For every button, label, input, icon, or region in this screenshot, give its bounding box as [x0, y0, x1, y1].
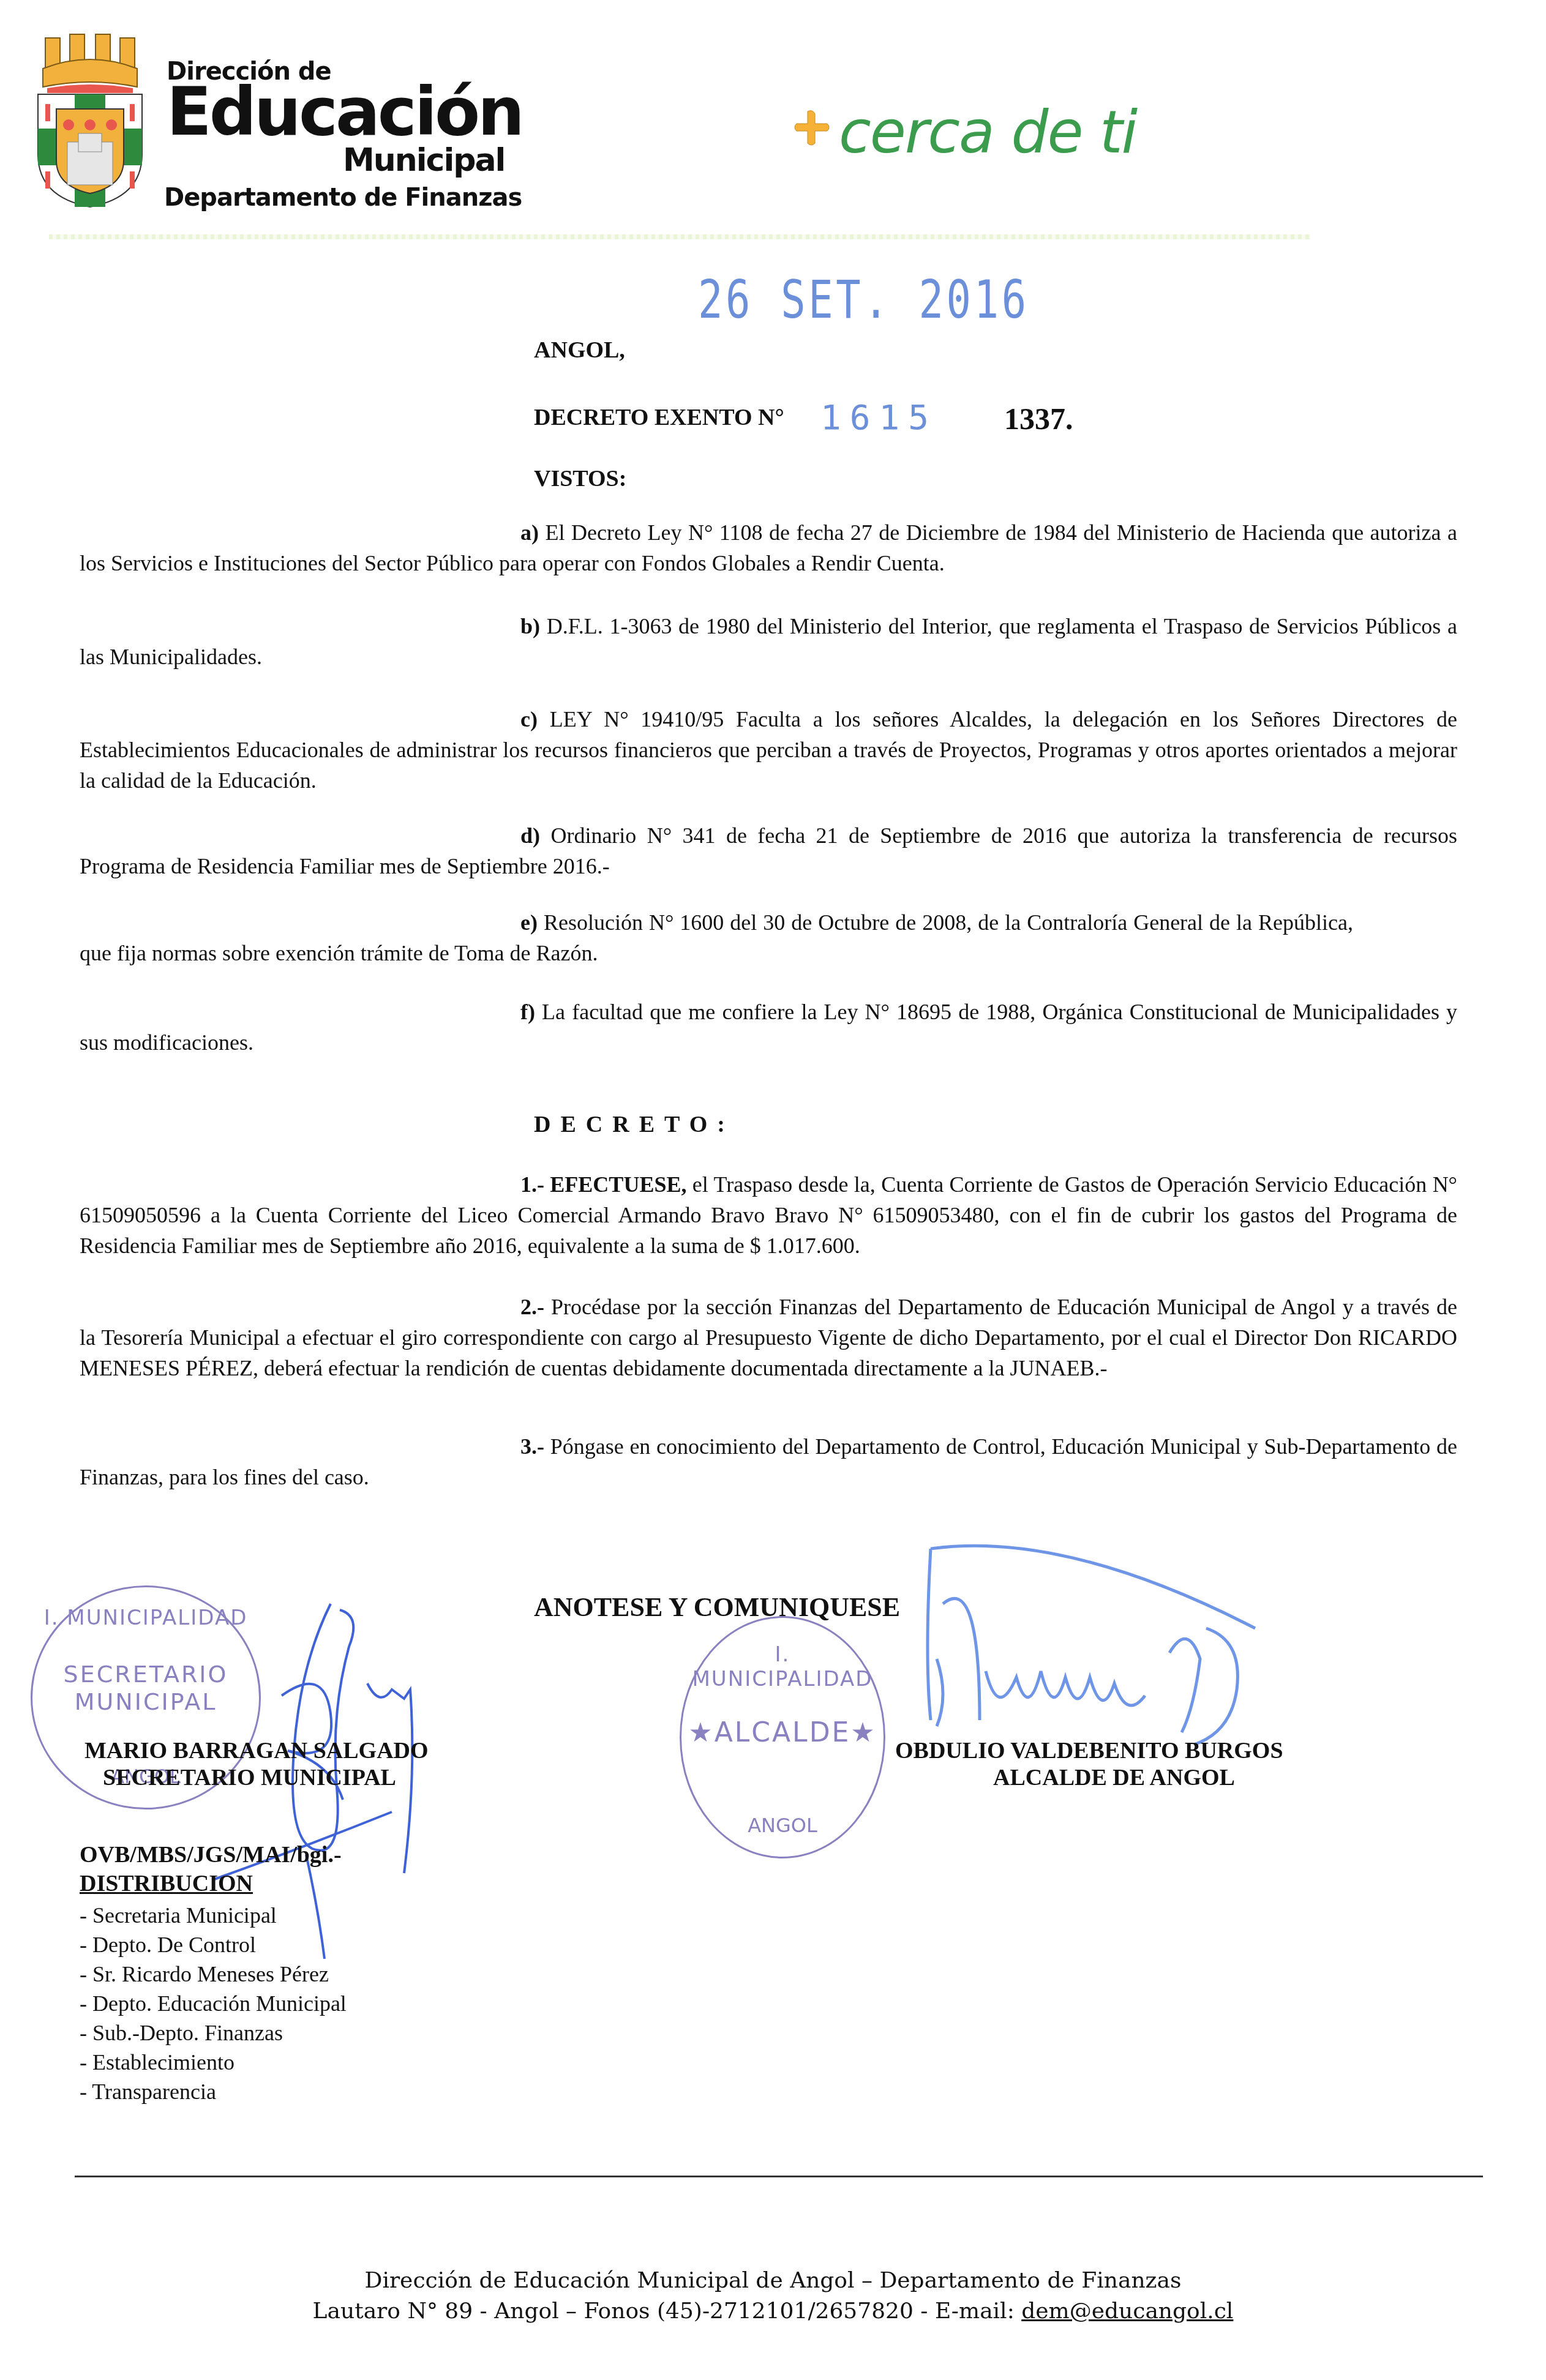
visto-f: f) La facultad que me confiere la Ley N°… — [80, 997, 1457, 1058]
mayor-signature — [912, 1536, 1353, 1769]
visto-b: b) D.F.L. 1-3063 de 1980 del Ministerio … — [80, 611, 1457, 672]
distribution-item: - Depto. De Control — [80, 1930, 347, 1959]
visto-d: d) Ordinario N° 341 de fecha 21 de Septi… — [80, 820, 1457, 881]
distribution-item: - Sr. Ricardo Meneses Pérez — [80, 1959, 347, 1989]
header-educacion: Educación — [167, 80, 522, 146]
distribution-title: DISTRIBUCION — [80, 1870, 253, 1897]
number-stamp: 1615 — [820, 398, 937, 438]
distribution-list: - Secretaria Municipal - Depto. De Contr… — [80, 1901, 347, 2106]
mayor-seal: I. MUNICIPALIDAD ★ALCALDE★ ANGOL — [680, 1616, 885, 1858]
closing-phrase: ANOTESE Y COMUNIQUESE — [534, 1592, 900, 1623]
decree-label: DECRETO EXENTO N° — [534, 404, 784, 431]
mayor-name: OBDULIO VALDEBENITO BURGOS — [895, 1737, 1283, 1764]
article-3: 3.- Póngase en conocimiento del Departam… — [80, 1431, 1457, 1492]
visto-c: c) LEY N° 19410/95 Faculta a los señores… — [80, 704, 1457, 796]
reference-initials: OVB/MBS/JGS/MAI/bgi.- — [80, 1841, 342, 1868]
distribution-item: - Sub.-Depto. Finanzas — [80, 2018, 347, 2048]
footer-email-link[interactable]: dem@educangol.cl — [1021, 2299, 1233, 2324]
city-label: ANGOL, — [534, 337, 625, 364]
plus-icon — [793, 109, 831, 147]
secretary-name: MARIO BARRAGAN SALGADO — [84, 1737, 429, 1764]
article-2: 2.- Procédase por la sección Finanzas de… — [80, 1292, 1457, 1383]
header-municipal: Municipal — [343, 142, 505, 179]
header-departamento: Departamento de Finanzas — [164, 184, 522, 212]
secretary-title: SECRETARIO MUNICIPAL — [103, 1764, 396, 1791]
decreto-title: DECRETO: — [534, 1111, 735, 1138]
distribution-item: - Transparencia — [80, 2077, 347, 2106]
header-slogan: cerca de ti — [839, 98, 1136, 167]
distribution-item: - Establecimiento — [80, 2048, 347, 2077]
footer-address: Lautaro N° 89 - Angol – Fonos (45)-27121… — [313, 2299, 1022, 2324]
distribution-item: - Secretaria Municipal — [80, 1901, 347, 1930]
distribution-item: - Depto. Educación Municipal — [80, 1989, 347, 2018]
decree-number: 1337. — [1004, 401, 1073, 436]
visto-e: e) Resolución N° 1600 del 30 de Octubre … — [80, 907, 1353, 968]
date-stamp: 26 SET. 2016 — [698, 269, 1029, 331]
footer-contact: Lautaro N° 89 - Angol – Fonos (45)-27121… — [0, 2299, 1546, 2324]
footer-divider — [75, 2176, 1483, 2177]
visto-a: a) El Decreto Ley N° 1108 de fecha 27 de… — [80, 517, 1457, 578]
municipal-crest-logo — [32, 26, 148, 209]
article-1: 1.- EFECTUESE, el Traspaso desde la, Cue… — [80, 1169, 1457, 1261]
header-divider — [49, 234, 1310, 239]
mayor-title: ALCALDE DE ANGOL — [993, 1764, 1235, 1791]
vistos-title: VISTOS: — [534, 465, 626, 492]
footer-institution: Dirección de Educación Municipal de Ango… — [0, 2268, 1546, 2293]
